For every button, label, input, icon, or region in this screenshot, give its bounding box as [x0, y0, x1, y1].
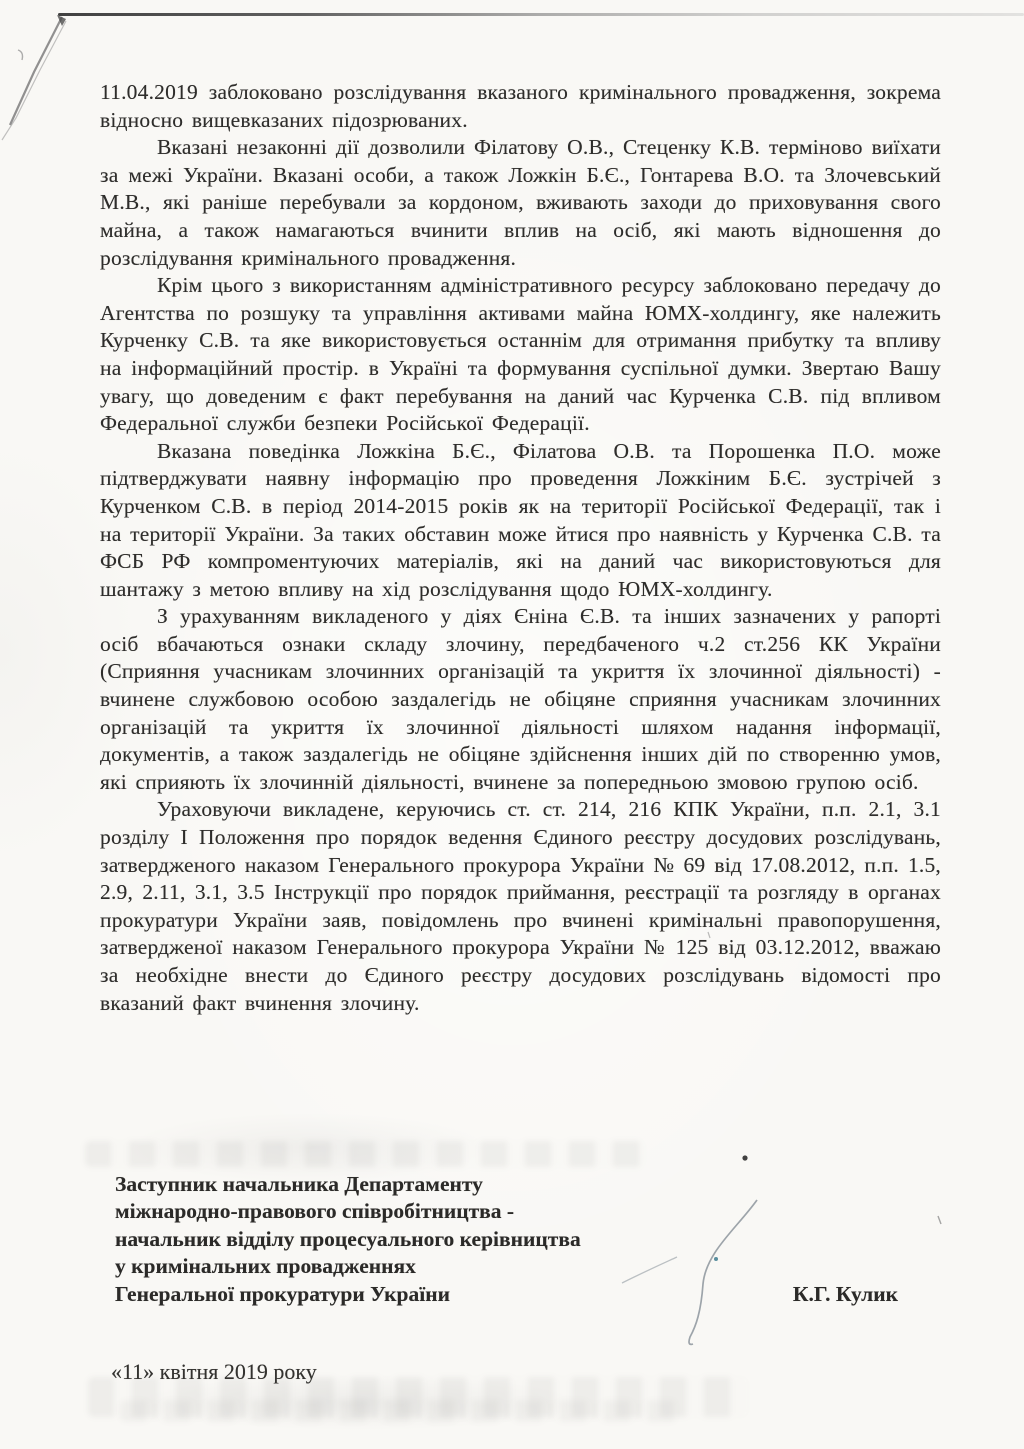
bleedthrough-smudge — [120, 1400, 680, 1422]
corner-fold-mark — [10, 17, 62, 125]
tiny-tick-mark — [938, 1216, 941, 1224]
signatory-title-line: Генеральної прокуратури України — [115, 1281, 450, 1308]
ink-speck — [742, 1155, 747, 1160]
scan-edge-line — [58, 13, 1024, 16]
signatory-title-line: у кримінальних провадженнях — [115, 1253, 898, 1280]
corner-fold-tip — [57, 15, 66, 26]
body-paragraph: 11.04.2019 заблоковано розслідування вка… — [100, 79, 941, 134]
signature-block: Заступник начальника Департаменту міжнар… — [115, 1171, 898, 1308]
body-paragraph: Вказані незаконні дії дозволили Філатову… — [100, 134, 941, 272]
signatory-name: К.Г. Кулик — [793, 1281, 898, 1308]
signature-row: Генеральної прокуратури України К.Г. Кул… — [115, 1281, 898, 1308]
body-paragraph: Крім цього з використанням адміністратив… — [100, 272, 941, 438]
corner-fold-mark-light — [2, 21, 66, 140]
signatory-title-line: Заступник начальника Департаменту — [115, 1171, 898, 1198]
document-page: 11.04.2019 заблоковано розслідування вка… — [0, 0, 1024, 1449]
bleedthrough-smudge — [85, 1141, 645, 1167]
document-date: «11» квітня 2019 року — [111, 1358, 317, 1386]
signatory-title-line: начальник відділу процесуального керівни… — [115, 1226, 898, 1253]
document-body: 11.04.2019 заблоковано розслідування вка… — [100, 79, 941, 1017]
body-paragraph: Вказана поведінка Ложкіна Б.Є., Філатова… — [100, 438, 941, 604]
small-curl-mark — [18, 50, 23, 60]
body-paragraph: Ураховуючи викладене, керуючись ст. ст. … — [100, 796, 941, 1017]
body-paragraph: З урахуванням викладеного у діях Єніна Є… — [100, 603, 941, 796]
signatory-title-line: міжнародно-правового співробітництва - — [115, 1198, 898, 1225]
